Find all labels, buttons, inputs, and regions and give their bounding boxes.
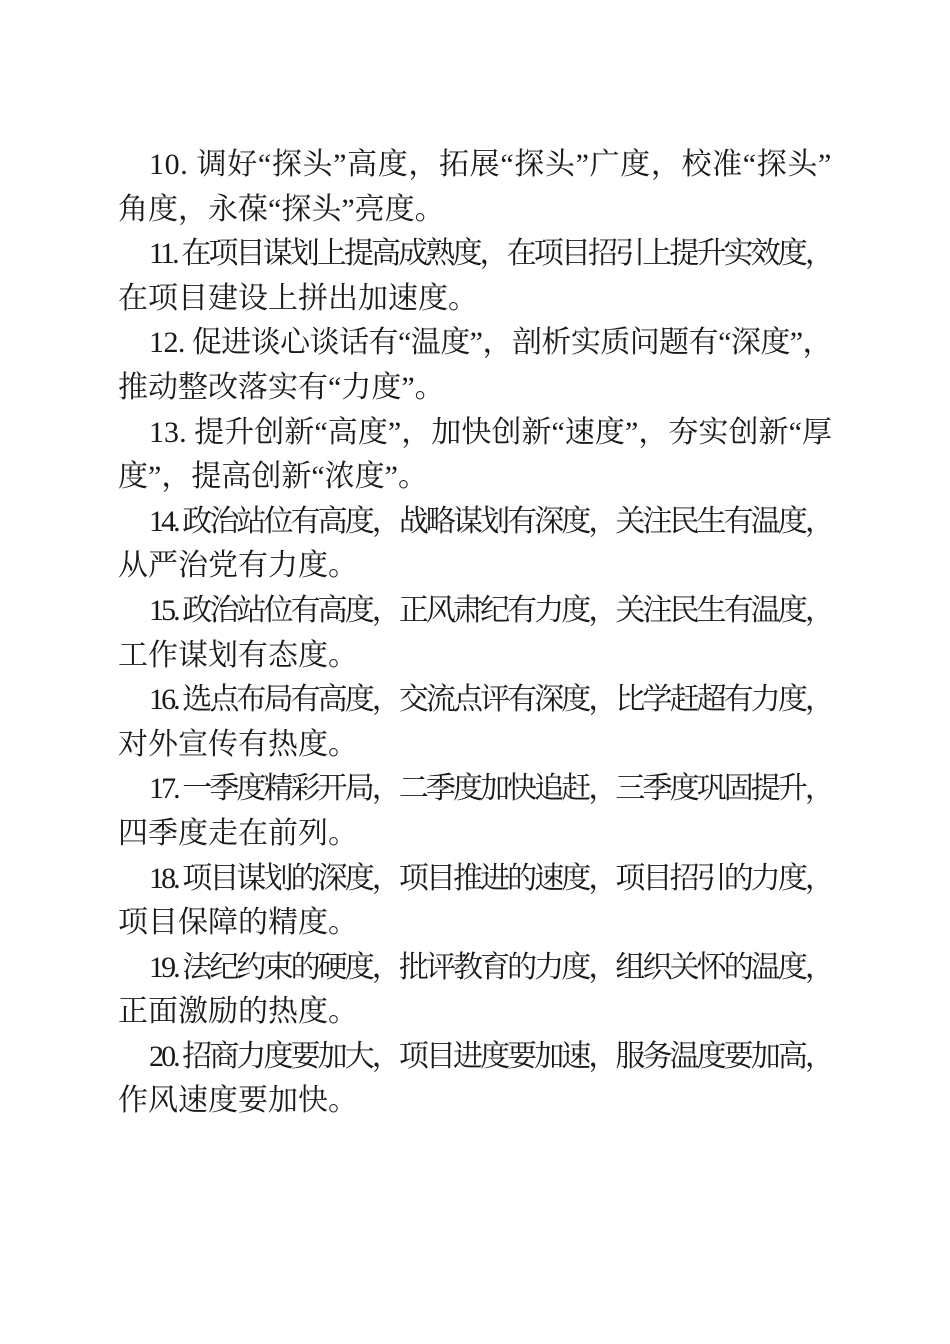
list-item-14-line-2: 从严治党有力度。	[118, 544, 832, 589]
line-text: 15. 政治站位有高度，正风肃纪有力度，关注民生有温度，	[149, 589, 832, 634]
list-item-19-line-1: 19. 法纪约束的硬度，批评教育的力度，组织关怀的温度，	[118, 946, 832, 991]
list-item-20-line-1: 20. 招商力度要加大，项目进度要加速，服务温度要加高，	[118, 1035, 832, 1080]
list-item-12-line-2: 推动整改落实有“力度”。	[118, 366, 832, 411]
list-item-11-line-2: 在项目建设上拼出加速度。	[118, 277, 832, 322]
line-text: 18. 项目谋划的深度，项目推进的速度，项目招引的力度，	[149, 857, 832, 902]
line-text: 四季度走在前列。	[118, 812, 358, 857]
list-item-10-line-2: 角度，永葆“探头”亮度。	[118, 188, 832, 233]
list-item-13-line-2: 度”，提高创新“浓度”。	[118, 455, 832, 500]
list-item-11: 11. 在项目谋划上提高成熟度，在项目招引上提升实效度， 在项目建设上拼出加速度…	[118, 232, 832, 321]
list-item-10: 10. 调好“探头”高度，拓展“探头”广度，校准“探头” 角度，永葆“探头”亮度…	[118, 143, 832, 232]
line-text: 12. 促进谈心谈话有“温度”，剖析实质问题有“深度”，	[149, 321, 832, 366]
line-text: 17. 一季度精彩开局，二季度加快追赶，三季度巩固提升，	[149, 767, 832, 812]
list-item-14: 14. 政治站位有高度，战略谋划有深度，关注民生有温度， 从严治党有力度。	[118, 500, 832, 589]
document-text-area: 10. 调好“探头”高度，拓展“探头”广度，校准“探头” 角度，永葆“探头”亮度…	[118, 143, 832, 1124]
line-text: 推动整改落实有“力度”。	[118, 366, 445, 411]
line-text: 16. 选点布局有高度，交流点评有深度，比学赶超有力度，	[149, 678, 832, 723]
line-text: 正面激励的热度。	[118, 990, 358, 1035]
list-item-18-line-1: 18. 项目谋划的深度，项目推进的速度，项目招引的力度，	[118, 857, 832, 902]
list-item-15-line-2: 工作谋划有态度。	[118, 634, 832, 679]
list-item-17-line-2: 四季度走在前列。	[118, 812, 832, 857]
document-page: 10. 调好“探头”高度，拓展“探头”广度，校准“探头” 角度，永葆“探头”亮度…	[0, 0, 950, 1344]
line-text: 工作谋划有态度。	[118, 634, 358, 679]
line-text: 20. 招商力度要加大，项目进度要加速，服务温度要加高，	[149, 1035, 832, 1080]
list-item-18: 18. 项目谋划的深度，项目推进的速度，项目招引的力度， 项目保障的精度。	[118, 857, 832, 946]
line-text: 13. 提升创新“高度”，加快创新“速度”，夯实创新“厚	[149, 411, 832, 456]
list-item-19: 19. 法纪约束的硬度，批评教育的力度，组织关怀的温度， 正面激励的热度。	[118, 946, 832, 1035]
list-item-16-line-2: 对外宣传有热度。	[118, 723, 832, 768]
list-item-17: 17. 一季度精彩开局，二季度加快追赶，三季度巩固提升， 四季度走在前列。	[118, 767, 832, 856]
line-text: 从严治党有力度。	[118, 544, 358, 589]
list-item-13: 13. 提升创新“高度”，加快创新“速度”，夯实创新“厚 度”，提高创新“浓度”…	[118, 411, 832, 500]
list-item-15-line-1: 15. 政治站位有高度，正风肃纪有力度，关注民生有温度，	[118, 589, 832, 634]
line-text: 14. 政治站位有高度，战略谋划有深度，关注民生有温度，	[149, 500, 832, 545]
list-item-16: 16. 选点布局有高度，交流点评有深度，比学赶超有力度， 对外宣传有热度。	[118, 678, 832, 767]
list-item-10-line-1: 10. 调好“探头”高度，拓展“探头”广度，校准“探头”	[118, 143, 832, 188]
list-item-12-line-1: 12. 促进谈心谈话有“温度”，剖析实质问题有“深度”，	[118, 321, 832, 366]
line-text: 度”，提高创新“浓度”。	[118, 455, 428, 500]
list-item-17-line-1: 17. 一季度精彩开局，二季度加快追赶，三季度巩固提升，	[118, 767, 832, 812]
line-text: 11. 在项目谋划上提高成熟度，在项目招引上提升实效度，	[149, 232, 832, 277]
list-item-19-line-2: 正面激励的热度。	[118, 990, 832, 1035]
line-text: 10. 调好“探头”高度，拓展“探头”广度，校准“探头”	[149, 143, 832, 188]
list-item-15: 15. 政治站位有高度，正风肃纪有力度，关注民生有温度， 工作谋划有态度。	[118, 589, 832, 678]
list-item-18-line-2: 项目保障的精度。	[118, 901, 832, 946]
list-item-11-line-1: 11. 在项目谋划上提高成熟度，在项目招引上提升实效度，	[118, 232, 832, 277]
line-text: 作风速度要加快。	[118, 1079, 358, 1124]
line-text: 角度，永葆“探头”亮度。	[118, 188, 445, 233]
line-text: 在项目建设上拼出加速度。	[118, 277, 478, 322]
line-text: 19. 法纪约束的硬度，批评教育的力度，组织关怀的温度，	[149, 946, 832, 991]
list-item-13-line-1: 13. 提升创新“高度”，加快创新“速度”，夯实创新“厚	[118, 411, 832, 456]
list-item-20: 20. 招商力度要加大，项目进度要加速，服务温度要加高， 作风速度要加快。	[118, 1035, 832, 1124]
line-text: 对外宣传有热度。	[118, 723, 358, 768]
list-item-12: 12. 促进谈心谈话有“温度”，剖析实质问题有“深度”， 推动整改落实有“力度”…	[118, 321, 832, 410]
list-item-16-line-1: 16. 选点布局有高度，交流点评有深度，比学赶超有力度，	[118, 678, 832, 723]
list-item-14-line-1: 14. 政治站位有高度，战略谋划有深度，关注民生有温度，	[118, 500, 832, 545]
line-text: 项目保障的精度。	[118, 901, 358, 946]
list-item-20-line-2: 作风速度要加快。	[118, 1079, 832, 1124]
